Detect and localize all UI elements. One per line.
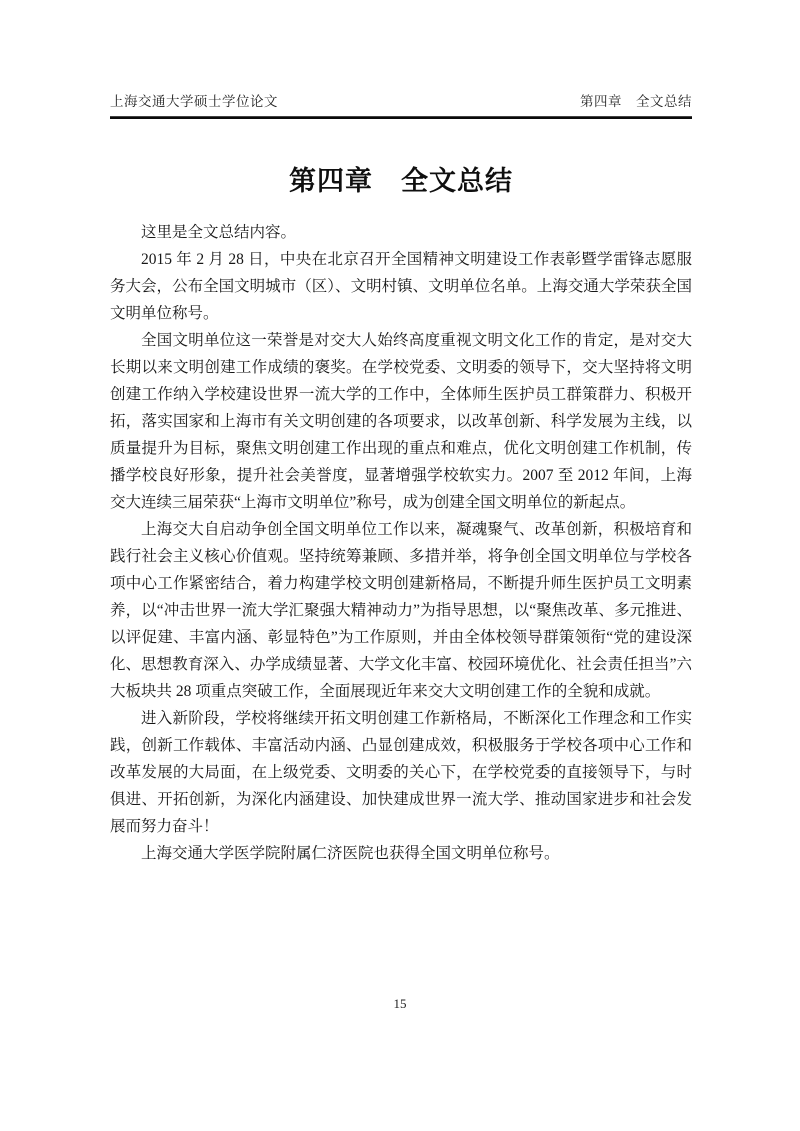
header-right-text: 第四章 全文总结 (580, 90, 692, 110)
page-header: 上海交通大学硕士学位论文 第四章 全文总结 (110, 0, 692, 110)
document-body: 这里是全文总结内容。 2015 年 2 月 28 日，中央在北京召开全国精神文明… (110, 219, 692, 867)
paragraph-intro: 这里是全文总结内容。 (110, 219, 692, 246)
paragraph-initiative: 上海交大自启动争创全国文明单位工作以来，凝魂聚气、改革创新，积极培育和践行社会主… (110, 516, 692, 705)
paragraph-hospital: 上海交通大学医学院附属仁济医院也获得全国文明单位称号。 (110, 840, 692, 867)
paragraph-announcement: 2015 年 2 月 28 日，中央在北京召开全国精神文明建设工作表彰暨学雷锋志… (110, 246, 692, 327)
page-number: 15 (394, 996, 407, 1011)
header-left-text: 上海交通大学硕士学位论文 (110, 90, 278, 110)
paragraph-honor: 全国文明单位这一荣誉是对交大人始终高度重视文明文化工作的肯定，是对交大长期以来文… (110, 327, 692, 516)
page-footer: 15 (0, 996, 800, 1012)
chapter-title: 第四章 全文总结 (110, 159, 692, 198)
paragraph-outlook: 进入新阶段，学校将继续开拓文明创建工作新格局，不断深化工作理念和工作实践，创新工… (110, 705, 692, 840)
document-page: 上海交通大学硕士学位论文 第四章 全文总结 第四章 全文总结 这里是全文总结内容… (0, 0, 800, 1131)
header-rule (110, 116, 692, 119)
